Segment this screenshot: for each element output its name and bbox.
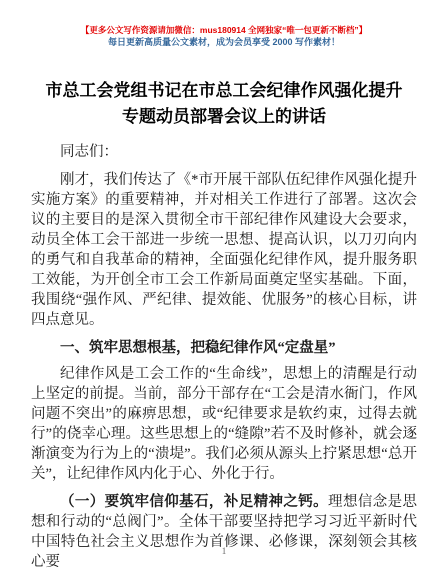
- header-watermark: 【更多公文写作资源请加微信：mus180914 全网独家“唯一包更新不断档”】 …: [31, 24, 417, 48]
- document-title: 市总工会党组书记在市总工会纪律作风强化提升专题动员部署会议上的讲话: [43, 78, 405, 130]
- paragraph-intro: 刚才，我们传达了《*市开展干部队伍纪律作风强化提升实施方案》的重要精神，并对相关…: [31, 170, 417, 330]
- document-page: 【更多公文写作资源请加微信：mus180914 全网独家“唯一包更新不断档”】 …: [0, 0, 448, 580]
- document-body: 同志们： 刚才，我们传达了《*市开展干部队伍纪律作风强化提升实施方案》的重要精神…: [31, 142, 417, 572]
- paragraph-subsection-1: （一）要筑牢信仰基石，补足精神之钙。理想信念是思想和行动的“总阀门”。全体干部要…: [31, 492, 417, 572]
- paragraph-salutation: 同志们：: [31, 142, 417, 162]
- page-number: 1: [0, 546, 448, 556]
- watermark-line-1: 【更多公文写作资源请加微信：mus180914 全网独家“唯一包更新不断档”】: [31, 24, 417, 36]
- section-heading-1: 一、筑牢思想根基，把稳纪律作风“定盘星”: [31, 338, 417, 358]
- subsection-1-lead: （一）要筑牢信仰基石，补足精神之钙。: [60, 494, 328, 510]
- watermark-line-2: 每日更新高质量公文素材，成为会员享受 2000 写作素材！: [31, 36, 417, 48]
- paragraph-section-1-body: 纪律作风是工会工作的“生命线”，思想上的清醒是行动上坚定的前提。当前，部分干部存…: [31, 364, 417, 484]
